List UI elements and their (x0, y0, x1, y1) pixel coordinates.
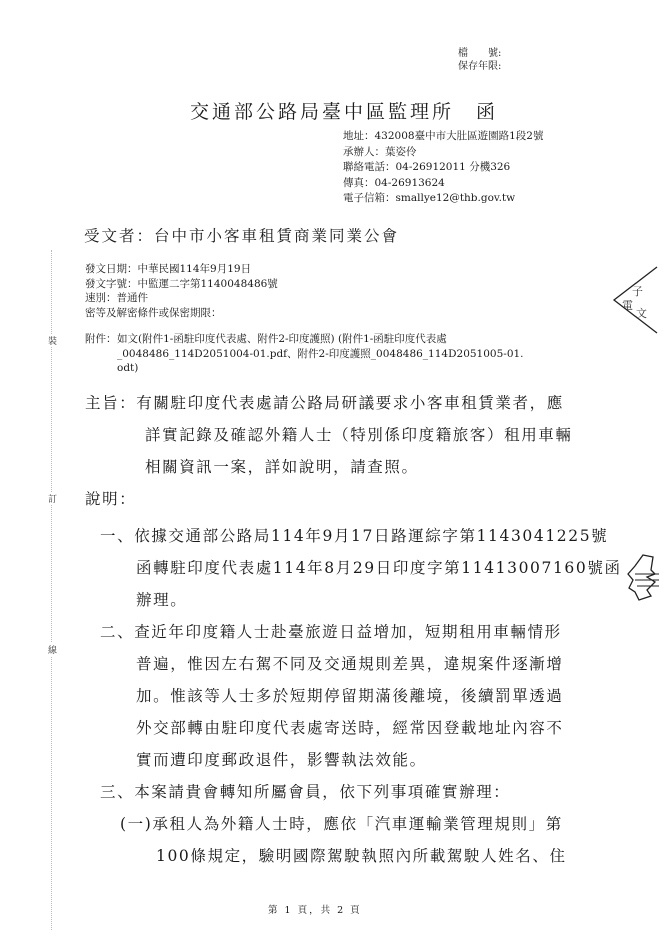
handler: 承辦人：葉姿伶 (343, 145, 543, 161)
item-line: 實而遭印度郵政退件，影響執法效能。 (100, 744, 600, 776)
svg-text:子: 子 (632, 285, 643, 298)
archive-info: 檔 號: 保存年限: (458, 47, 501, 73)
retention-label: 保存年限: (458, 60, 501, 73)
item-line: 辦理。 (100, 584, 600, 616)
file-number-label: 檔 號: (458, 47, 501, 60)
meta-block: 發文日期：中華民國114年9月19日 發文字號：中監運二字第1140048486… (85, 262, 278, 320)
attachment-block: 附件：如文(附件1-函駐印度代表處、附件2-印度護照) (附件1-函駐印度代表處… (85, 332, 605, 376)
subitem-line: (一)承租人為外籍人士時，應依「汽車運輸業管理規則」第 (100, 808, 600, 840)
explanation-heading: 說明： (85, 487, 136, 509)
binding-mark: 訂 (48, 492, 57, 505)
binding-line (51, 250, 53, 930)
attachment-label: 附件： (85, 332, 117, 347)
attachment-line: odt) (85, 361, 605, 376)
subject-line: 主旨：有關駐印度代表處請公路局研議要求小客車租賃業者，應 (85, 387, 595, 419)
item-line: 三、本案請貴會轉知所屬會員，依下列事項確實辦理： (100, 776, 600, 808)
binding-mark: 裝 (48, 334, 57, 347)
seal-fragment-icon (625, 552, 665, 607)
contact-block: 地址：432008臺中市大肚區遊園路1段2號 承辦人：葉姿伶 聯絡電話：04-2… (343, 129, 543, 207)
binding-mark: 線 (48, 643, 57, 656)
attachment-line: _0048486_114D2051004-01.pdf、附件2-印度護照_004… (85, 347, 605, 362)
subject-line: 相關資訊一案，詳如說明，請查照。 (85, 451, 595, 483)
subject-line: 詳實記錄及確認外籍人士（特別係印度籍旅客）租用車輛 (85, 419, 595, 451)
item-line: 一、依據交通部公路局114年9月17日路運綜字第1143041225號 (100, 520, 600, 552)
subject-block: 主旨：有關駐印度代表處請公路局研議要求小客車租賃業者，應 詳實記錄及確認外籍人士… (85, 387, 595, 483)
item-line: 加。惟該等人士多於短期停留期滿後離境，後續罰單透過 (100, 680, 600, 712)
document-title: 交通部公路局臺中區監理所 函 (190, 97, 498, 124)
svg-text:文: 文 (636, 307, 647, 320)
recipient: 受文者：台中市小客車租賃商業同業公會 (84, 224, 399, 246)
security-level: 密等及解密條件或保密期限： (85, 306, 278, 321)
svg-text:電: 電 (622, 299, 633, 312)
subitem-line: 100條規定，驗明國際駕駛執照內所載駕駛人姓名、住 (100, 840, 600, 872)
item-line: 二、查近年印度籍人士赴臺旅遊日益增加，短期租用車輛情形 (100, 616, 600, 648)
address: 地址：432008臺中市大肚區遊園路1段2號 (343, 129, 543, 145)
seal-stamp-icon: 子 電 文 (612, 265, 662, 335)
explanation-items: 一、依據交通部公路局114年9月17日路運綜字第1143041225號 函轉駐印… (100, 520, 600, 872)
email: 電子信箱：smallye12@thb.gov.tw (343, 191, 543, 207)
item-line: 函轉駐印度代表處114年8月29日印度字第11413007160號函 (100, 552, 600, 584)
phone: 聯絡電話：04-26912011 分機326 (343, 160, 543, 176)
issue-date: 發文日期：中華民國114年9月19日 (85, 262, 278, 277)
page-number: 第 1 頁，共 2 頁 (268, 902, 362, 916)
delivery-speed: 速別：普通件 (85, 291, 278, 306)
item-line: 普遍，惟因左右駕不同及交通規則差異，違規案件逐漸增 (100, 648, 600, 680)
attachment-line: 如文(附件1-函駐印度代表處、附件2-印度護照) (附件1-函駐印度代表處 (117, 333, 447, 345)
fax: 傳真：04-26913624 (343, 176, 543, 192)
item-line: 外交部轉由駐印度代表處寄送時，經常因登載地址內容不 (100, 712, 600, 744)
document-number: 發文字號：中監運二字第1140048486號 (85, 277, 278, 292)
